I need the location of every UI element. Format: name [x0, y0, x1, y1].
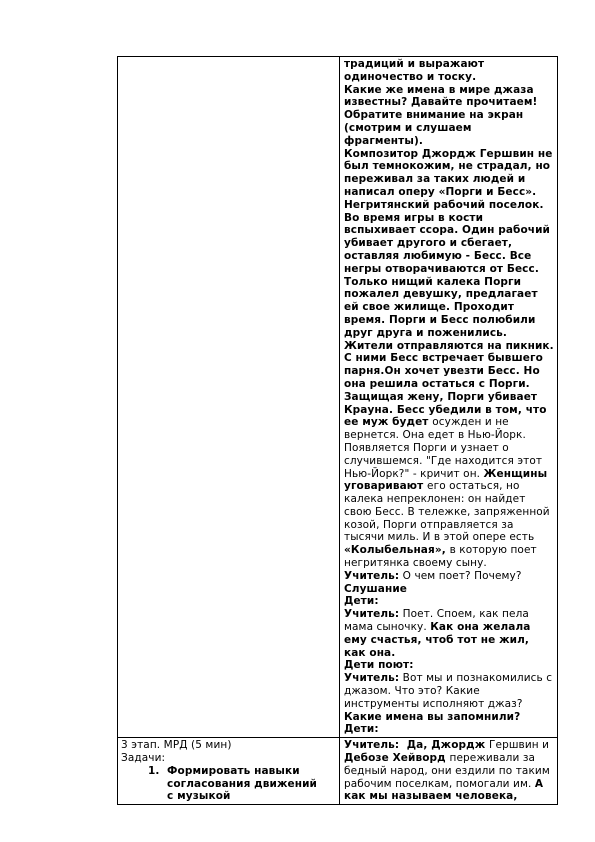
stage-cell-empty	[118, 57, 340, 737]
task-list: 1.Формировать навыки согласования движен…	[121, 765, 335, 803]
task-text: Формировать навыки согласования движений…	[167, 765, 323, 803]
lesson-content-cell: Учитель: Да, Джордж Гершвин и Дебозе Хей…	[340, 738, 557, 804]
bold-text-run: Дети поют:	[344, 659, 414, 671]
task-number: 1.	[148, 765, 167, 803]
bold-text-run: Учитель:	[344, 608, 399, 620]
bold-text-run: Слушание	[344, 583, 407, 595]
paragraph: традиций и выражают одиночество и тоску.	[344, 58, 554, 84]
bold-text-run: Композитор Джордж Гершвин не был темноко…	[344, 148, 558, 429]
bold-text-run: Дети:	[344, 595, 379, 607]
paragraph: Дети поют:	[344, 659, 554, 672]
bold-text-run: Какие имена вы запомнили?	[344, 711, 520, 723]
paragraph: Обратите внимание на экран (смотрим и сл…	[344, 109, 554, 147]
bold-text-run: «Колыбельная»,	[344, 544, 450, 556]
bold-text-run: Обратите внимание на экран (смотрим и сл…	[344, 109, 527, 147]
paragraph: Учитель: О чем поет? Почему?	[344, 570, 554, 583]
paragraph: Какие же имена в мире джаза известны? Да…	[344, 84, 554, 110]
bold-text-run: Дети:	[344, 723, 379, 735]
text-run: О чем поет? Почему?	[399, 570, 521, 582]
text-run: Гершвин и	[489, 739, 553, 751]
stage-title: 3 этап. МРД (5 мин)	[121, 739, 335, 752]
paragraph: Учитель: Вот мы и познакомились с джазом…	[344, 672, 554, 723]
paragraph: Учитель: Да, Джордж Гершвин и Дебозе Хей…	[344, 739, 554, 803]
paragraph: Композитор Джордж Гершвин не был темноко…	[344, 148, 554, 570]
stage-cell: 3 этап. МРД (5 мин) Задачи: 1.Формироват…	[118, 738, 340, 804]
task-list-item: 1.Формировать навыки согласования движен…	[148, 765, 335, 803]
paragraph: Дети:	[344, 723, 554, 736]
table-row: 3 этап. МРД (5 мин) Задачи: 1.Формироват…	[118, 737, 557, 804]
bold-text-run: Какие же имена в мире джаза известны? Да…	[344, 84, 537, 109]
bold-text-run: Дебозе Хейворд	[344, 752, 449, 764]
paragraph: Слушание	[344, 583, 554, 596]
paragraph: Дети:	[344, 595, 554, 608]
document-page: традиций и выражают одиночество и тоску.…	[0, 0, 595, 842]
tasks-label: Задачи:	[121, 752, 335, 765]
paragraph: Учитель: Поет. Споем, как пела мама сыно…	[344, 608, 554, 659]
bold-text-run: Учитель:	[344, 570, 399, 582]
lesson-content-cell: традиций и выражают одиночество и тоску.…	[340, 57, 557, 737]
table-row: традиций и выражают одиночество и тоску.…	[118, 57, 557, 737]
bold-text-run: традиций и выражают одиночество и тоску.	[344, 58, 488, 83]
bold-text-run: Учитель:	[344, 672, 399, 684]
lesson-plan-table: традиций и выражают одиночество и тоску.…	[117, 56, 558, 805]
bold-text-run: Учитель: Да, Джордж	[344, 739, 489, 751]
